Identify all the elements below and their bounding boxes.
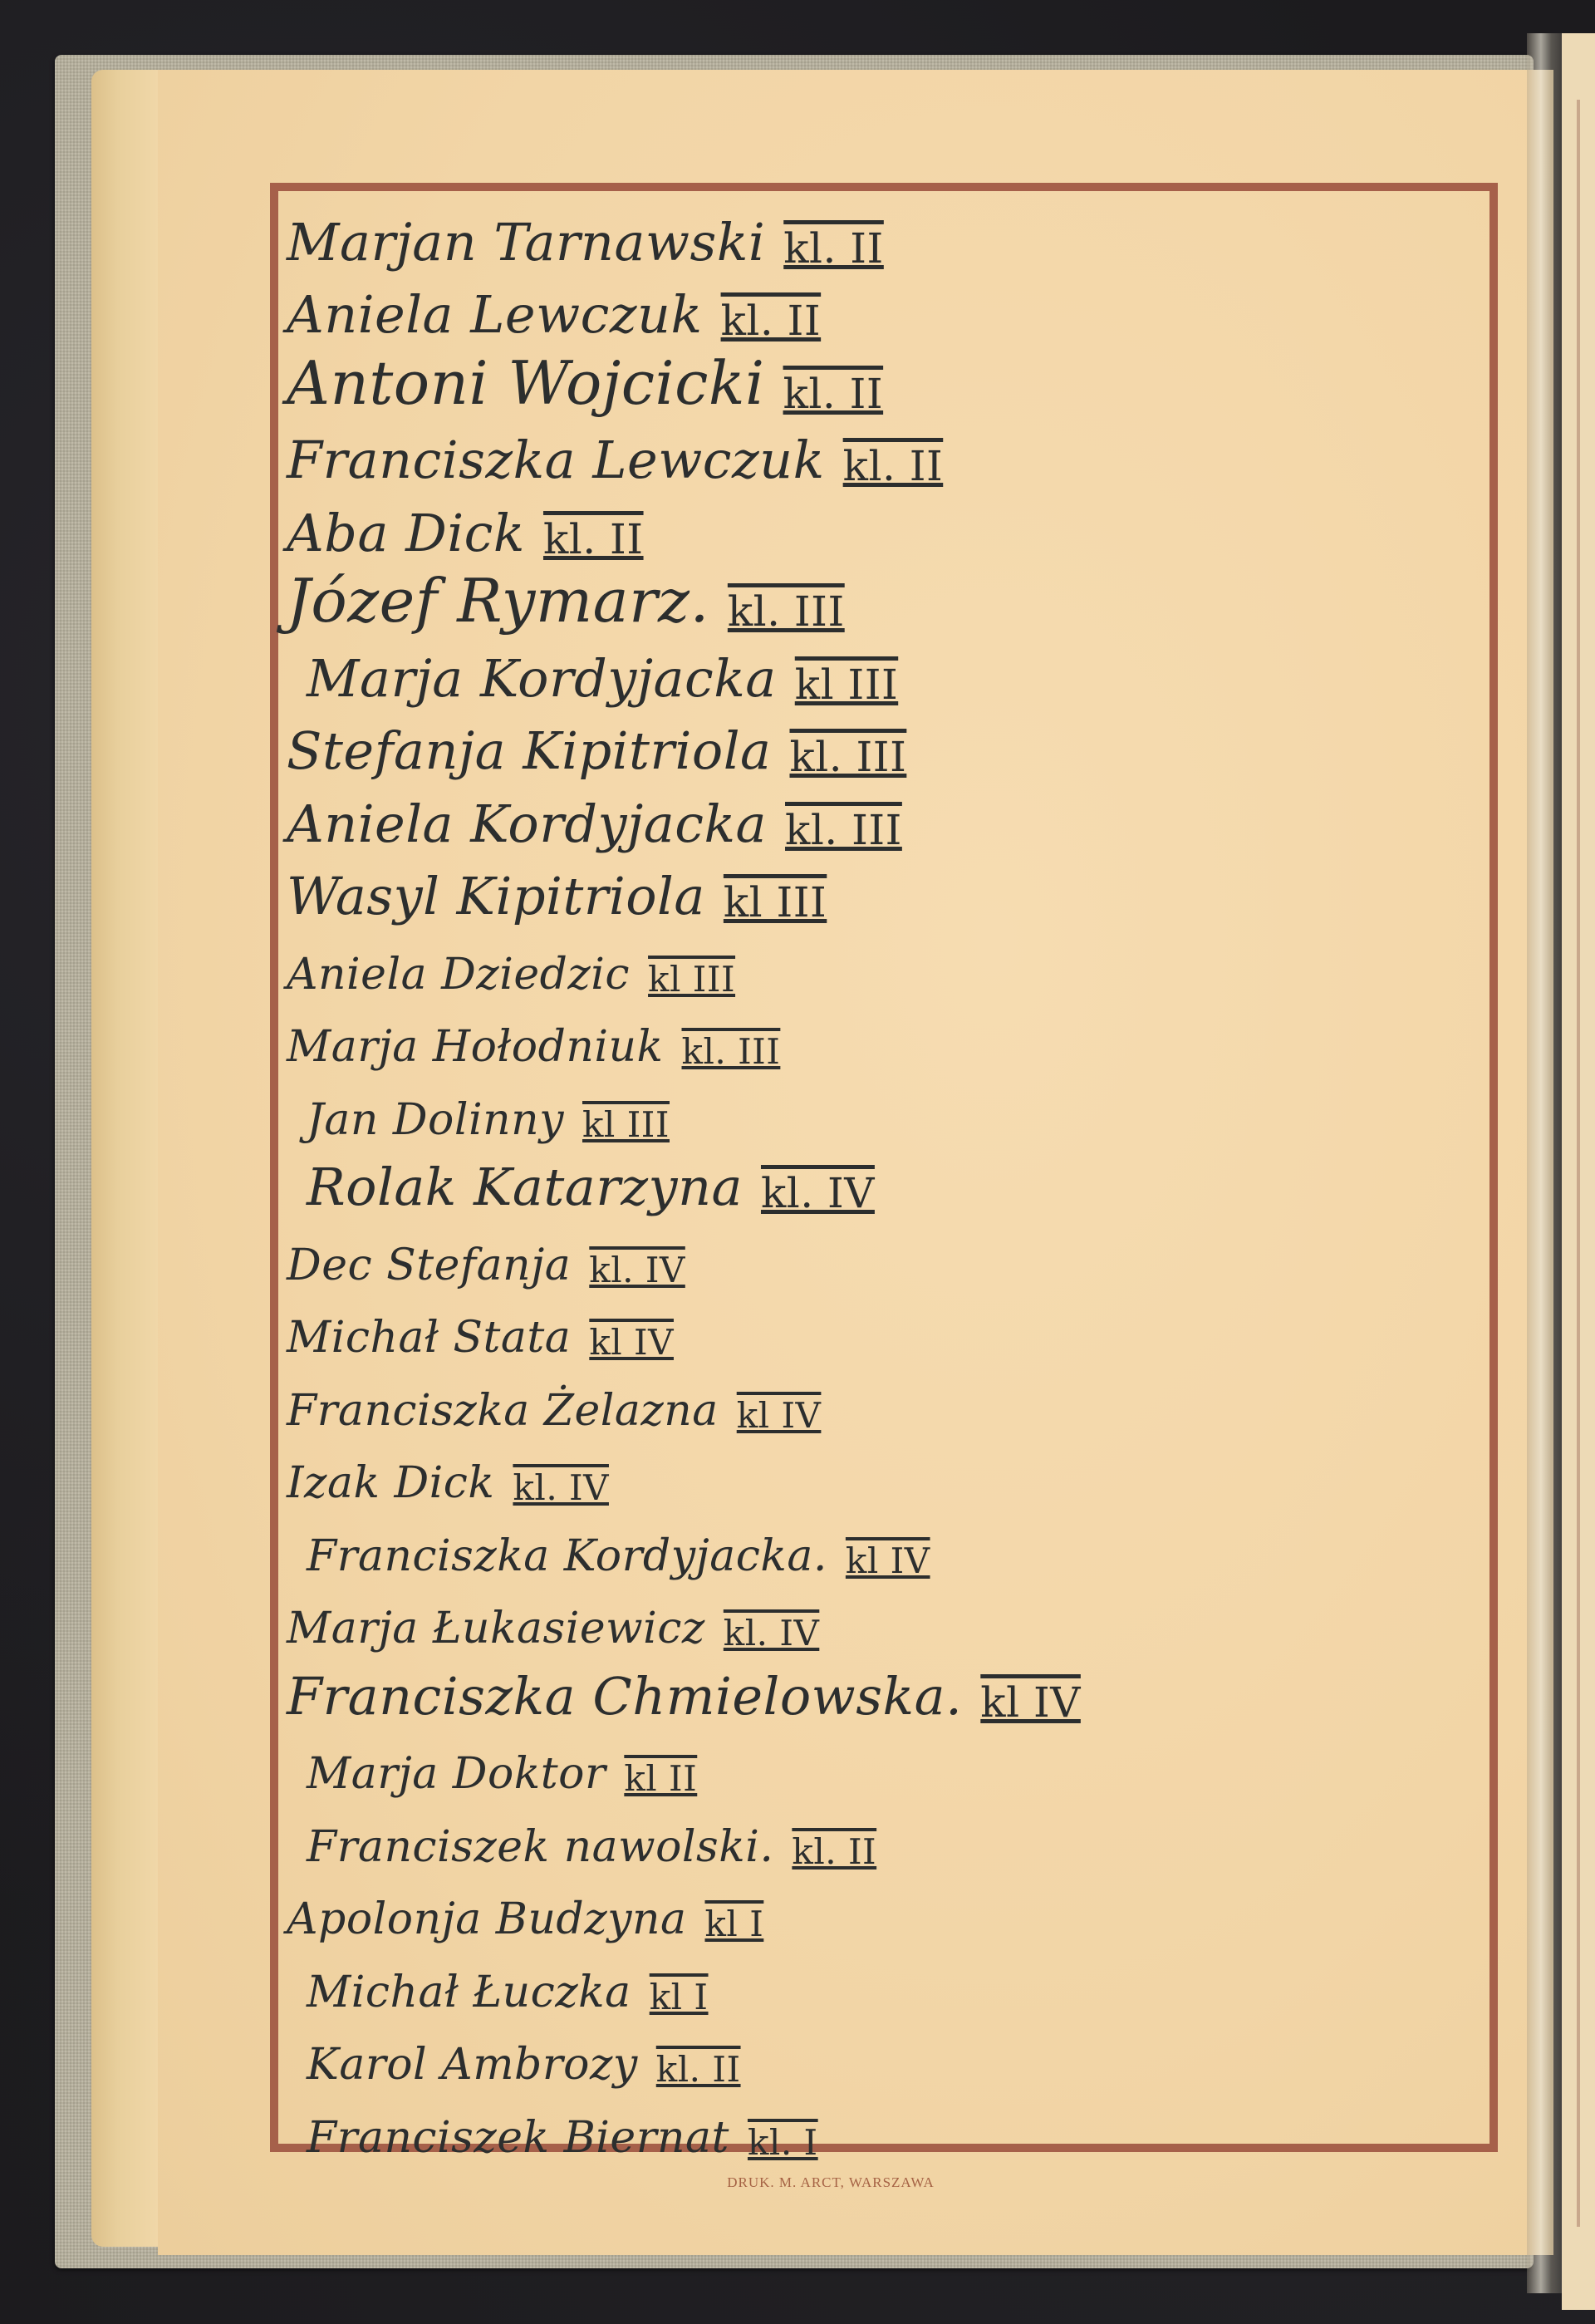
class-label: kl I [704,1904,763,1944]
class-label: kl III [648,959,735,1000]
student-name: Franciszka Kordyjacka. [307,1531,827,1581]
student-name: Marja Hołodniuk [287,1022,664,1072]
list-item: Franciszek Biernatkl. I [287,2090,1483,2163]
list-item: Józef Rymarz.kl. III [287,563,1483,636]
list-item: Michał Statakl IV [287,1290,1483,1363]
list-item: Jan Dolinnykl III [287,1072,1483,1145]
list-item: Aniela Dziedzickl III [287,926,1483,1000]
list-item: Marjan Tarnawskikl. II [287,199,1483,273]
class-label: kl. III [728,587,845,636]
page-edges [91,70,158,2247]
class-label: kl. II [792,1831,876,1872]
facing-page-border [1577,100,1580,2227]
class-label: kl. II [721,297,822,345]
class-label: kl. IV [513,1467,609,1508]
list-item: Franciszka Żelaznakl IV [287,1363,1483,1436]
student-name: Aniela Lewczuk [287,284,703,345]
student-name: Marja Doktor [307,1749,606,1799]
student-name: Aniela Kordyjacka [287,794,767,854]
class-label: kl. III [789,733,906,781]
class-label: kl IV [737,1395,822,1436]
class-label: kl IV [589,1322,674,1363]
class-label: kl III [582,1104,670,1145]
student-name: Marja Kordyjacka [307,648,777,709]
list-item: Dec Stefanjakl. IV [287,1217,1483,1290]
list-item: Aniela Kordyjackakl. III [287,781,1483,854]
list-item: Apolonja Budzynakl I [287,1872,1483,1945]
class-label: kl. III [785,806,902,854]
list-item: Franciszka Lewczukkl. II [287,418,1483,491]
list-item: Franciszek nawolski.kl. II [287,1799,1483,1872]
list-item: Aba Dickkl. II [287,490,1483,563]
class-label: kl IV [980,1678,1081,1727]
class-label: kl II [624,1758,697,1799]
student-name: Jan Dolinny [307,1095,564,1145]
student-name: Franciszka Lewczuk [287,430,825,490]
student-name: Franciszka Chmielowska. [287,1666,962,1727]
class-label: kl I [650,1977,709,2017]
book-gutter [1527,33,1562,2293]
signature-list: Marjan Tarnawskikl. II Aniela Lewczukkl.… [287,199,1483,2163]
list-item: Marja Łukasiewiczkl. IV [287,1581,1483,1654]
class-label: kl. IV [724,1613,820,1653]
list-item: Marja Doktorkl II [287,1727,1483,1800]
list-item: Aniela Lewczukkl. II [287,273,1483,346]
student-name: Rolak Katarzyna [307,1157,743,1217]
student-name: Dec Stefanja [287,1241,571,1290]
class-label: kl. II [543,515,644,563]
student-name: Karol Ambrozy [307,2040,638,2090]
student-name: Franciszek nawolski. [307,1822,773,1872]
student-name: Izak Dick [287,1458,494,1508]
class-label: kl. II [783,370,884,418]
student-name: Wasyl Kipitriola [287,866,705,926]
student-name: Marja Łukasiewicz [287,1604,705,1653]
class-label: kl III [724,878,827,926]
list-item: Izak Dickkl. IV [287,1436,1483,1509]
list-item: Marja Kordyjackakl III [287,636,1483,709]
class-label: kl. I [748,2122,818,2163]
list-item: Karol Ambrozykl. II [287,2017,1483,2091]
class-label: kl. IV [761,1169,875,1217]
student-name: Marjan Tarnawski [287,212,765,273]
class-label: kl IV [846,1540,930,1581]
list-item: Stefanja Kipitriolakl. III [287,709,1483,782]
class-label: kl. III [682,1031,781,1072]
class-label: kl. II [783,224,884,273]
list-item: Wasyl Kipitriolakl III [287,854,1483,927]
student-name: Franciszek Biernat [307,2113,729,2163]
student-name: Aba Dick [287,503,525,563]
list-item: Rolak Katarzynakl. IV [287,1145,1483,1218]
student-name: Apolonja Budzyna [287,1894,686,1944]
list-item: Michał Łuczkakl I [287,1944,1483,2017]
class-label: kl. IV [589,1250,685,1290]
list-item: Franciszka Chmielowska.kl IV [287,1653,1483,1727]
class-label: kl. II [656,2049,741,2090]
class-label: kl. II [843,442,944,490]
student-name: Aniela Dziedzic [287,950,630,1000]
list-item: Marja Hołodniukkl. III [287,1000,1483,1073]
student-name: Józef Rymarz. [287,566,709,636]
student-name: Stefanja Kipitriola [287,720,771,781]
student-name: Michał Łuczka [307,1968,631,2017]
student-name: Antoni Wojcicki [287,348,765,418]
printer-imprint: DRUK. M. ARCT, WARSZAWA [0,2174,1595,2191]
class-label: kl III [795,661,898,709]
student-name: Franciszka Żelazna [287,1386,719,1436]
list-item: Antoni Wojcickikl. II [287,345,1483,418]
student-name: Michał Stata [287,1313,571,1363]
list-item: Franciszka Kordyjacka.kl IV [287,1508,1483,1581]
